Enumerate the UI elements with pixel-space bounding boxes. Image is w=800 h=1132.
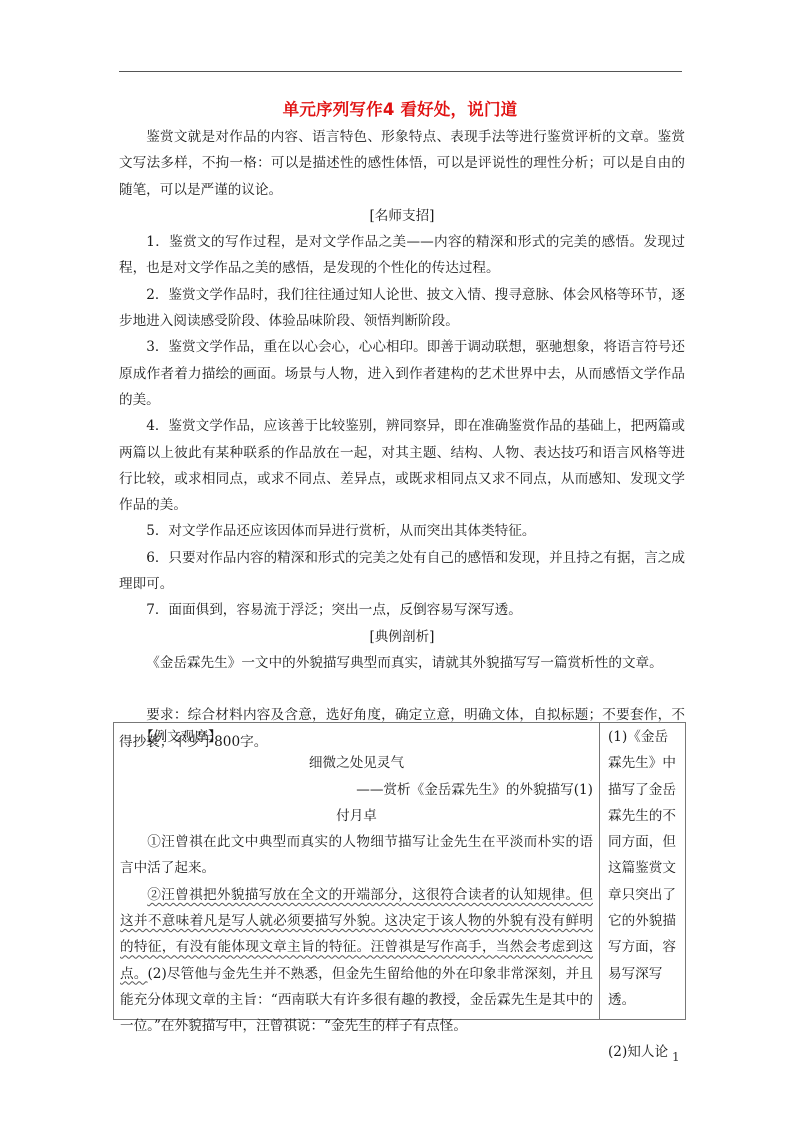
essay-title: 细微之处见灵气 — [120, 750, 593, 776]
tip-item: 3．鉴赏文学作品，重在以心会心，心心相印。即善于调动联想，驱驰想象，将语言符号还… — [119, 334, 685, 413]
tip-item: 6．只要对作品内容的精深和形式的完美之处有自己的感悟和发现，并且持之有据，言之成… — [119, 545, 685, 598]
page-number: 1 — [672, 1050, 680, 1064]
writing-prompt: 《金岳霖先生》一文中的外貌描写典型而真实，请就其外貌描写写一篇赏析性的文章。 — [119, 650, 685, 676]
tip-item: 1．鉴赏文的写作过程，是对文学作品之美——内容的精深和形式的完美的感悟。发现过程… — [119, 229, 685, 282]
document-body: 鉴赏文就是对作品的内容、语言特色、形象特点、表现手法等进行鉴赏评析的文章。鉴赏文… — [119, 124, 685, 755]
tip-item: 5．对文学作品还应该因体而异进行赏析，从而突出其体类特征。 — [119, 518, 685, 544]
side-note: (1)《金岳霖先生》中描写了金岳霖先生的不同方面，但这篇鉴赏文章只突出了它的外貌… — [608, 724, 680, 1013]
spacer — [119, 676, 685, 702]
tip-item: 2．鉴赏文学作品时，我们往往通过知人论世、披文入情、搜寻意脉、体会风格等环节，逐… — [119, 282, 685, 335]
essay-subtitle: ——赏析《金岳霖先生》的外貌描写(1) — [120, 777, 593, 803]
essay-author: 付月卓 — [120, 803, 593, 829]
essay-paragraph-1: ①汪曾祺在此文中典型而真实的人物细节描写让金先生在平淡而朴实的语言中活了起来。 — [120, 829, 593, 882]
intro-paragraph: 鉴赏文就是对作品的内容、语言特色、形象特点、表现手法等进行鉴赏评析的文章。鉴赏文… — [119, 124, 685, 203]
tip-item: 7．面面俱到，容易流于浮泛；突出一点，反倒容易写深写透。 — [119, 597, 685, 623]
section-heading-tips: [名师支招] — [119, 203, 685, 229]
document-title: 单元序列写作4 看好处，说门道 — [0, 96, 800, 120]
tip-item: 4．鉴赏文学作品，应该善于比较鉴别，辨同察异，即在准确鉴赏作品的基础上，把两篇或… — [119, 413, 685, 518]
annotation-column: (1)《金岳霖先生》中描写了金岳霖先生的不同方面，但这篇鉴赏文章只突出了它的外貌… — [600, 723, 685, 1019]
essay-paragraph-2-rest: (2)尽管他与金先生并不熟悉，但金先生留给他的外在印象非常深刻，并且能充分体现文… — [120, 966, 593, 1035]
example-essay-table: 【例文观摩】 细微之处见灵气 ——赏析《金岳霖先生》的外貌描写(1) 付月卓 ①… — [113, 722, 686, 1020]
example-tag: 【例文观摩】 — [120, 724, 593, 750]
side-note: (2)知人论 — [608, 1039, 680, 1065]
section-heading-example: [典例剖析] — [119, 624, 685, 650]
essay-column: 【例文观摩】 细微之处见灵气 ——赏析《金岳霖先生》的外貌描写(1) 付月卓 ①… — [114, 723, 600, 1019]
header-rule — [119, 71, 682, 72]
essay-paragraph-2: ②汪曾祺把外貌描写放在全文的开端部分，这很符合读者的认知规律。但这并不意味着凡是… — [120, 882, 593, 1040]
spacer — [608, 1013, 680, 1039]
